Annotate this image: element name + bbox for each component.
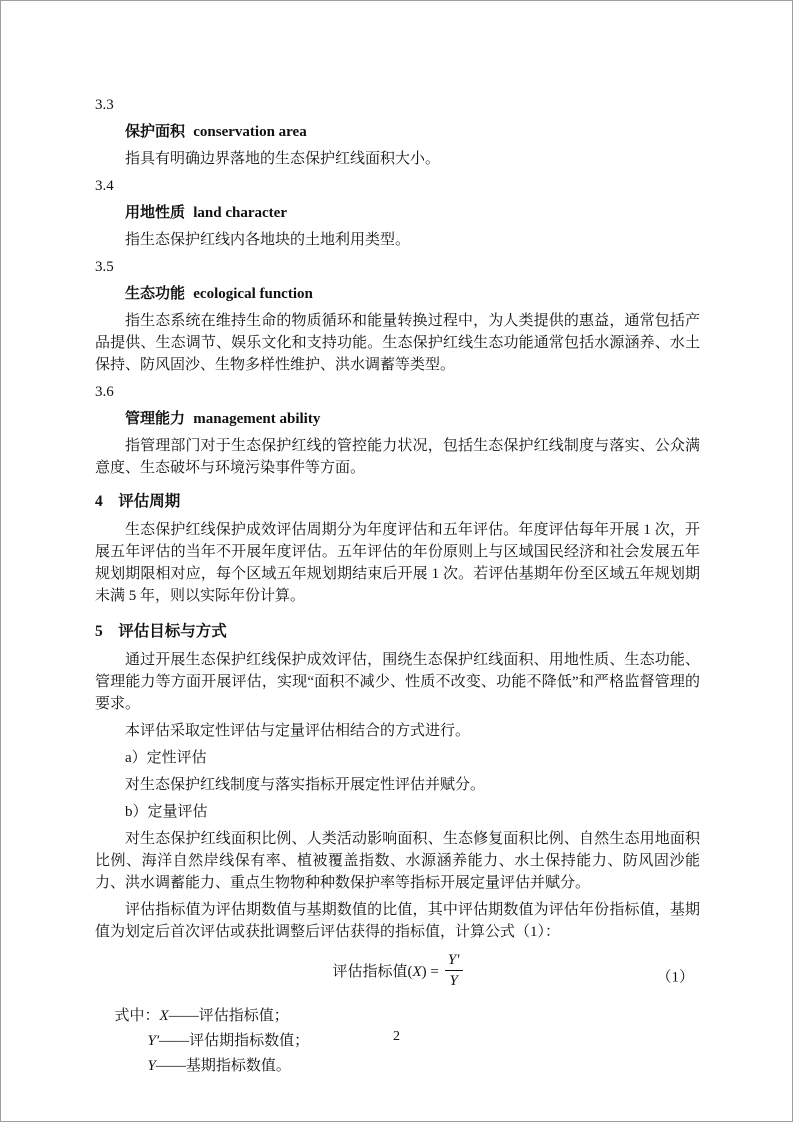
clause-number: 3.4 (95, 175, 700, 197)
chapter-number: 4 (95, 493, 103, 510)
term-line: 用地性质land character (95, 202, 700, 224)
document-page: 3.3 保护面积conservation area 指具有明确边界落地的生态保护… (0, 0, 793, 1122)
chapter-4-heading: 4评估周期 (95, 491, 700, 513)
term-line: 管理能力management ability (95, 408, 700, 430)
formula-1: 评估指标值(X) = Y′ Y （1） (95, 951, 700, 1001)
document-content: 3.3 保护面积conservation area 指具有明确边界落地的生态保护… (95, 89, 700, 1080)
formula-note-line-1: 式中：X——评估指标值； (95, 1005, 700, 1027)
chapter-5-paragraph-2: 本评估采取定性评估与定量评估相结合的方式进行。 (95, 720, 700, 742)
formula-note-symbol: Y (148, 1058, 156, 1074)
page-number: 2 (1, 1029, 792, 1045)
formula-lhs: 评估指标值(X) = (332, 960, 438, 981)
term-section-3-4: 3.4 用地性质land character 指生态保护红线内各地块的土地利用类… (95, 175, 700, 251)
term-line: 保护面积conservation area (95, 121, 700, 143)
term-definition: 指管理部门对于生态保护红线的管控能力状况，包括生态保护红线制度与落实、公众满意度… (95, 435, 700, 479)
term-definition: 指生态系统在维持生命的物质循环和能量转换过程中，为人类提供的惠益，通常包括产品提… (95, 310, 700, 376)
term-zh: 保护面积 (125, 123, 185, 140)
list-item-a-text: 对生态保护红线制度与落实指标开展定性评估并赋分。 (95, 774, 700, 796)
term-section-3-5: 3.5 生态功能ecological function 指生态系统在维持生命的物… (95, 256, 700, 376)
formula-note-prefix: 式中： (115, 1008, 160, 1024)
formula-note-symbol: X (160, 1008, 169, 1024)
formula-expression: 评估指标值(X) = Y′ Y (332, 951, 462, 990)
fraction-numerator: Y′ (445, 951, 463, 971)
chapter-title: 评估周期 (118, 493, 180, 510)
formula-variable-x: X (412, 964, 421, 980)
chapter-5: 5评估目标与方式 通过开展生态保护红线保护成效评估，围绕生态保护红线面积、用地性… (95, 621, 700, 1077)
term-en: management ability (193, 411, 320, 427)
formula-note-text: 评估指标值； (199, 1008, 289, 1024)
chapter-5-heading: 5评估目标与方式 (95, 621, 700, 643)
fraction-denominator: Y (445, 971, 463, 990)
chapter-title: 评估目标与方式 (118, 623, 227, 640)
term-zh: 用地性质 (125, 204, 185, 221)
chapter-number: 5 (95, 623, 103, 640)
chapter-5-paragraph-1: 通过开展生态保护红线保护成效评估，围绕生态保护红线面积、用地性质、生态功能、管理… (95, 649, 700, 715)
list-item-b-label: b）定量评估 (95, 801, 700, 823)
formula-number-label: （1） (656, 966, 694, 987)
chapter-5-paragraph-3: 评估指标值为评估期数值与基期数值的比值，其中评估期数值为评估年份指标值，基期值为… (95, 899, 700, 943)
term-line: 生态功能ecological function (95, 283, 700, 305)
term-definition: 指具有明确边界落地的生态保护红线面积大小。 (95, 148, 700, 170)
chapter-4: 4评估周期 生态保护红线保护成效评估周期分为年度评估和五年评估。年度评估每年开展… (95, 491, 700, 607)
chapter-4-paragraph: 生态保护红线保护成效评估周期分为年度评估和五年评估。年度评估每年开展 1 次，开… (95, 519, 700, 607)
formula-note-text: 基期指标数值。 (186, 1058, 291, 1074)
term-zh: 管理能力 (125, 410, 185, 427)
clause-number: 3.5 (95, 256, 700, 278)
term-definition: 指生态保护红线内各地块的土地利用类型。 (95, 229, 700, 251)
term-section-3-3: 3.3 保护面积conservation area 指具有明确边界落地的生态保护… (95, 94, 700, 170)
list-item-a-label: a）定性评估 (95, 747, 700, 769)
clause-number: 3.6 (95, 381, 700, 403)
clause-number: 3.3 (95, 94, 700, 116)
term-section-3-6: 3.6 管理能力management ability 指管理部门对于生态保护红线… (95, 381, 700, 479)
list-item-b-text: 对生态保护红线面积比例、人类活动影响面积、生态修复面积比例、自然生态用地面积比例… (95, 828, 700, 894)
formula-note-line-3: Y——基期指标数值。 (148, 1055, 701, 1077)
term-en: ecological function (193, 286, 313, 302)
formula-fraction: Y′ Y (445, 951, 463, 990)
term-zh: 生态功能 (125, 285, 185, 302)
term-en: conservation area (193, 124, 306, 140)
term-en: land character (193, 205, 287, 221)
